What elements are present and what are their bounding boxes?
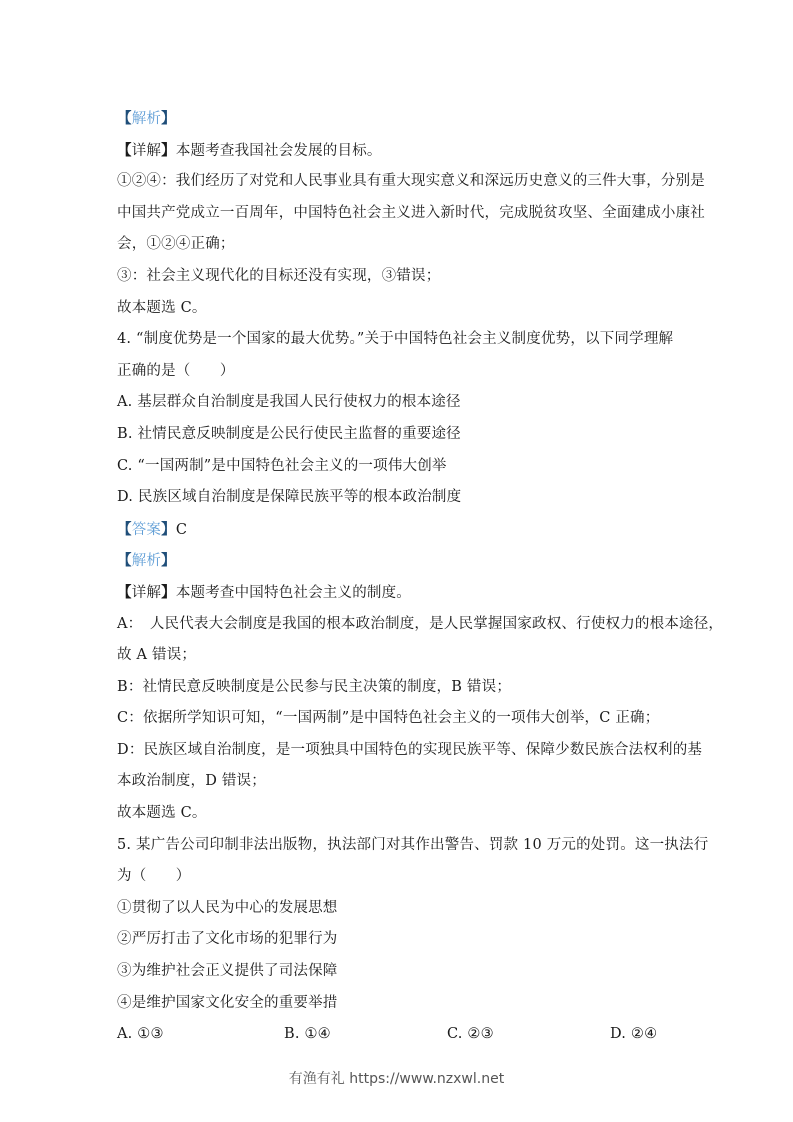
bracket-close: 】 [161, 521, 176, 538]
question-5-statement-2: ②严厉打击了文化市场的犯罪行为 [117, 924, 687, 956]
conclusion-line: 故本题选 C。 [117, 293, 687, 325]
bracket-open: 【 [117, 110, 132, 127]
explanation-line: B：社情民意反映制度是公民参与民主决策的制度，B 错误； [117, 672, 687, 704]
footer-watermark: 有渔有礼 https://www.nzxwl.net [0, 1068, 793, 1088]
bracket-open: 【 [117, 584, 132, 601]
analysis-label: 解析 [132, 553, 161, 569]
question-4-stem: 4. “制度优势是一个国家的最大优势。”关于中国特色社会主义制度优势，以下同学理… [117, 324, 687, 356]
question-4-option-d: D. 民族区域自治制度是保障民族平等的根本政治制度 [117, 482, 687, 514]
bracket-open: 【 [117, 142, 132, 159]
detail-intro: 本题考查我国社会发展的目标。 [176, 143, 382, 159]
detail-intro: 本题考查中国特色社会主义的制度。 [176, 585, 411, 601]
question-5-option-c: C. ②③ [447, 1019, 610, 1051]
bracket-close: 】 [161, 584, 176, 601]
detail-line: 【详解】本题考查中国特色社会主义的制度。 [117, 577, 687, 609]
conclusion-line: 故本题选 C。 [117, 798, 687, 830]
explanation-line: C：依据所学知识可知，“一国两制”是中国特色社会主义的一项伟大创举，C 正确； [117, 703, 687, 735]
explanation-line: 故 A 错误； [117, 640, 687, 672]
analysis-heading: 【解析】 [117, 545, 687, 577]
question-5-stem: 为（ ） [117, 861, 687, 893]
bracket-close: 】 [161, 110, 176, 127]
question-5-stem: 5. 某广告公司印制非法出版物，执法部门对其作出警告、罚款 10 万元的处罚。这… [117, 830, 687, 862]
question-5-option-d: D. ②④ [610, 1019, 657, 1051]
explanation-line: 本政治制度，D 错误； [117, 766, 687, 798]
question-5-statement-4: ④是维护国家文化安全的重要举措 [117, 988, 687, 1020]
bracket-close: 】 [161, 552, 176, 569]
question-4-option-a: A. 基层群众自治制度是我国人民行使权力的根本途径 [117, 387, 687, 419]
question-5-options: A. ①③ B. ①④ C. ②③ D. ②④ [117, 1019, 687, 1051]
analysis-heading: 【解析】 [117, 103, 687, 135]
detail-label: 详解 [132, 143, 161, 159]
answer-heading: 【答案】C [117, 514, 687, 546]
question-4-option-c: C. “一国两制”是中国特色社会主义的一项伟大创举 [117, 451, 687, 483]
question-5-statement-1: ①贯彻了以人民为中心的发展思想 [117, 893, 687, 925]
bracket-close: 】 [161, 142, 176, 159]
bracket-open: 【 [117, 552, 132, 569]
explanation-line: ①②④：我们经历了对党和人民事业具有重大现实意义和深远历史意义的三件大事，分别是 [117, 166, 687, 198]
question-5-option-b: B. ①④ [284, 1019, 447, 1051]
bracket-open: 【 [117, 521, 132, 538]
explanation-line: 中国共产党成立一百周年，中国特色社会主义进入新时代，完成脱贫攻坚、全面建成小康社 [117, 198, 687, 230]
document-page: 【解析】 【详解】本题考查我国社会发展的目标。 ①②④：我们经历了对党和人民事业… [117, 103, 687, 1051]
question-4-option-b: B. 社情民意反映制度是公民行使民主监督的重要途径 [117, 419, 687, 451]
analysis-label: 解析 [132, 111, 161, 127]
question-5-statement-3: ③为维护社会正义提供了司法保障 [117, 956, 687, 988]
answer-label: 答案 [132, 522, 161, 538]
explanation-line: D：民族区域自治制度，是一项独具中国特色的实现民族平等、保障少数民族合法权利的基 [117, 735, 687, 767]
detail-label: 详解 [132, 585, 161, 601]
explanation-line: 会，①②④正确； [117, 229, 687, 261]
explanation-line: A： 人民代表大会制度是我国的根本政治制度，是人民掌握国家政权、行使权力的根本途… [117, 609, 687, 641]
answer-value: C [176, 522, 187, 538]
detail-line: 【详解】本题考查我国社会发展的目标。 [117, 135, 687, 167]
question-4-stem: 正确的是（ ） [117, 356, 687, 388]
question-5-option-a: A. ①③ [117, 1019, 284, 1051]
explanation-line: ③：社会主义现代化的目标还没有实现，③错误； [117, 261, 687, 293]
